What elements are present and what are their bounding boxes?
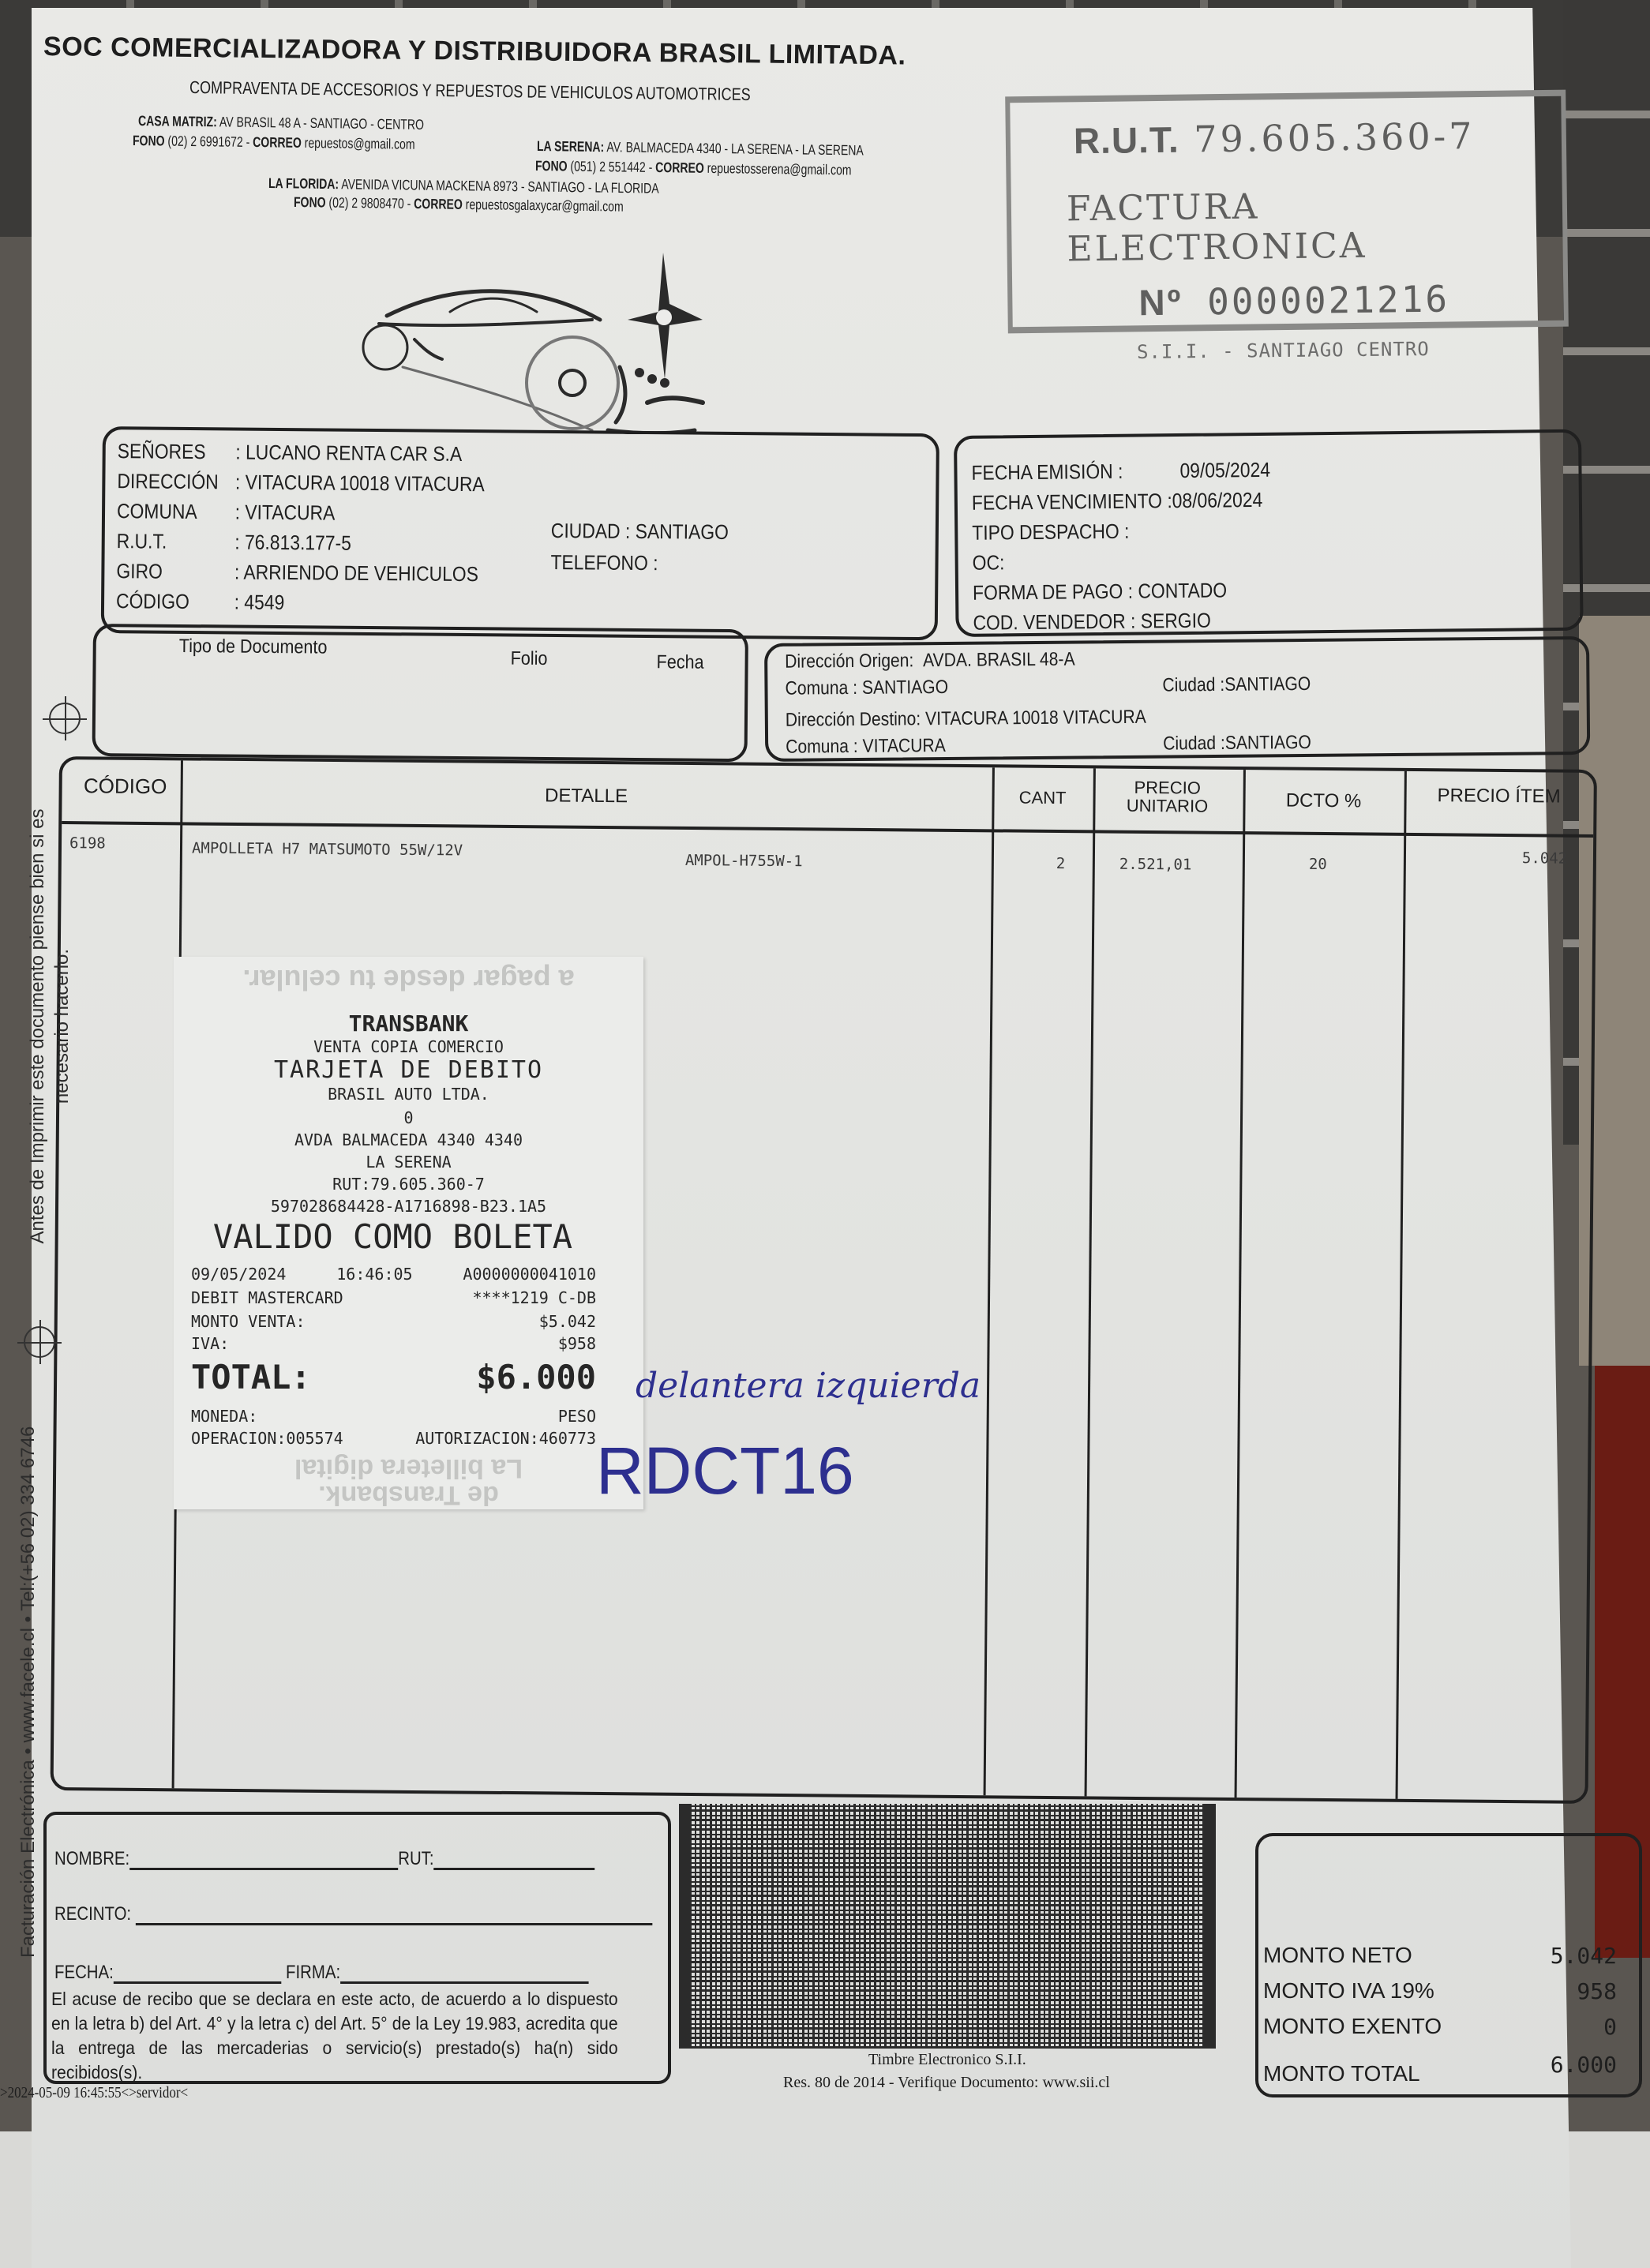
receipt-ghost-top: a pagar desde tu celular.: [174, 963, 643, 996]
acknowledgement-legal-text: El acuse de recibo que se declara en est…: [51, 1987, 618, 2085]
col-divider: [1235, 770, 1246, 1798]
destination-comuna-row: Comuna : VITACURA: [786, 735, 946, 759]
references-box: Tipo de Documento Folio Fecha: [92, 624, 748, 762]
nombre-blank: [129, 1853, 398, 1870]
item-code: 6198: [69, 834, 106, 852]
receipt-copy-type: VENTA COPIA COMERCIO: [174, 1037, 643, 1056]
col-header-dcto: DCTO %: [1243, 790, 1404, 812]
registration-mark-icon: [24, 1326, 55, 1358]
item-discount: 20: [1309, 856, 1327, 873]
grand-total-row: MONTO TOTAL6.000: [1263, 2061, 1617, 2086]
sii-barcode: [679, 1804, 1216, 2049]
ref-folio-header: Folio: [511, 648, 548, 670]
receipt-rut: RUT:79.605.360-7: [174, 1175, 643, 1194]
recinto-field: RECINTO:: [54, 1903, 652, 1925]
issue-date-row: FECHA EMISIÓN : 09/05/2024: [971, 458, 1270, 485]
seller-code-row: COD. VENDEDOR : SERGIO: [973, 609, 1211, 635]
customer-city-row: CIUDAD : SANTIAGO: [551, 519, 729, 545]
acknowledgement-box: NOMBRE:RUT: RECINTO: FECHA: FIRMA: El ac…: [43, 1812, 671, 2084]
receipt-currency-row: MONEDA: PESO: [191, 1407, 596, 1426]
receipt-merchant: BRASIL AUTO LTDA.: [174, 1085, 643, 1104]
customer-code-row: CÓDIGO : 4549: [116, 589, 284, 615]
customer-address-row: DIRECCIÓN : VITACURA 10018 VITACURA: [117, 469, 485, 497]
timbre-subtitle: Res. 80 de 2014 - Verifique Documento: w…: [783, 2074, 1110, 2092]
origin-city-row: Ciudad :SANTIAGO: [1162, 673, 1311, 697]
col-header-codigo: CÓDIGO: [70, 775, 181, 798]
receipt-city: LA SERENA: [174, 1153, 643, 1171]
rut-blank: [434, 1853, 595, 1870]
origin-comuna-row: Comuna : SANTIAGO: [785, 677, 948, 700]
origin-address-row: Dirección Origen: AVDA. BRASIL 48-A: [785, 649, 1075, 673]
customer-name-row: SEÑORES : LUCANO RENTA CAR S.A: [118, 439, 463, 467]
customer-comuna-row: COMUNA : VITACURA: [117, 499, 336, 525]
destination-address-row: Dirección Destino: VITACURA 10018 VITACU…: [786, 707, 1146, 732]
receipt-total-row: TOTAL: $6.000: [191, 1358, 596, 1396]
total-net-row: MONTO NETO5.042: [1263, 1943, 1617, 1969]
col-header-precio-item: PRECIO ÍTEM: [1404, 785, 1594, 807]
col-header-detalle: DETALLE: [180, 782, 992, 809]
transbank-receipt: a pagar desde tu celular. TRANSBANK VENT…: [174, 957, 643, 1509]
receipt-card-row: DEBIT MASTERCARD ****1219 C-DB: [191, 1288, 596, 1307]
barcode-start: [679, 1804, 690, 2049]
receipt-terminal-id: 597028684428-A1716898-B23.1A5: [174, 1197, 643, 1216]
customer-phone-row: TELEFONO :: [550, 550, 663, 575]
document-number: Nº 0000021216: [1138, 277, 1449, 324]
firma-blank: [340, 1966, 589, 1984]
invoice-meta-box: FECHA EMISIÓN : 09/05/2024 FECHA VENCIMI…: [954, 429, 1584, 637]
receipt-card-type: TARJETA DE DEBITO: [174, 1056, 643, 1084]
item-description: AMPOLLETA H7 MATSUMOTO 55W/12V: [192, 839, 463, 859]
col-divider: [1396, 771, 1407, 1799]
col-divider: [984, 767, 995, 1795]
handwritten-note: delantera izquierda: [636, 1366, 981, 1406]
handwritten-code: RDCT16: [596, 1433, 854, 1509]
dispatch-type-row: TIPO DESPACHO :: [972, 519, 1129, 545]
provider-info: Facturación Electrónica • www.facele.cl …: [17, 1426, 39, 1958]
customer-rut-row: R.U.T. : 76.813.177-5: [117, 529, 351, 556]
total-iva-row: MONTO IVA 19%958: [1263, 1978, 1617, 2004]
receipt-sale-row: MONTO VENTA: $5.042: [191, 1312, 596, 1331]
document-id-box: R.U.T. 79.605.360-7 FACTURA ELECTRONICA …: [1005, 90, 1569, 334]
item-unit-price: 2.521,01: [1119, 856, 1192, 874]
destination-city-row: Ciudad :SANTIAGO: [1163, 732, 1311, 755]
receipt-merchant-code: 0: [174, 1108, 643, 1127]
item-total-price: 5.042: [1522, 849, 1567, 867]
receipt-operation-row: OPERACION:005574 AUTORIZACION:460773: [191, 1429, 596, 1448]
recinto-blank: [136, 1908, 653, 1925]
issuer-rut: R.U.T. 79.605.360-7: [1074, 114, 1476, 162]
receipt-valid-as: VALIDO COMO BOLETA: [142, 1217, 643, 1256]
col-divider: [1085, 768, 1096, 1796]
ref-date-header: Fecha: [656, 651, 703, 674]
table-header-divider: [62, 821, 1593, 838]
customer-box: SEÑORES : LUCANO RENTA CAR S.A DIRECCIÓN…: [101, 426, 939, 640]
receipt-ghost-bottom-2: de Transbank.: [174, 1479, 643, 1510]
receipt-address: AVDA BALMACEDA 4340 4340: [174, 1130, 643, 1149]
ref-doc-type-header: Tipo de Documento: [179, 635, 328, 659]
totals-box: MONTO NETO5.042 MONTO IVA 19%958 MONTO E…: [1255, 1833, 1642, 2097]
receipt-iva-row: IVA: $958: [191, 1334, 596, 1353]
receipt-datetime-row: 09/05/2024 16:46:05 A0000000041010: [191, 1265, 596, 1284]
total-exempt-row: MONTO EXENTO0: [1263, 2014, 1617, 2040]
shipping-box: Dirección Origen: AVDA. BRASIL 48-A Comu…: [764, 636, 1590, 762]
sports-car-logo-icon: [355, 237, 718, 434]
barcode-stop: [1205, 1804, 1216, 2049]
server-timestamp: >2024-05-09 16:45:55<>servidor<: [0, 2084, 188, 2102]
col-header-precio-unitario: PRECIO UNITARIO: [1104, 778, 1230, 816]
customer-giro-row: GIRO : ARRIENDO DE VEHICULOS: [116, 559, 478, 587]
fecha-blank: [114, 1966, 282, 1984]
timbre-title: Timbre Electronico S.I.I.: [868, 2051, 1026, 2069]
receipt-brand: TRANSBANK: [174, 1010, 643, 1037]
col-header-cant: CANT: [992, 788, 1093, 807]
document-type: FACTURA ELECTRONICA: [1067, 183, 1563, 270]
fecha-firma-field: FECHA: FIRMA:: [54, 1962, 589, 1984]
print-advice-note: Antes de Imprimir este documento piense …: [25, 797, 74, 1255]
payment-method-row: FORMA DE PAGO : CONTADO: [973, 578, 1227, 605]
sii-office: S.I.I. - SANTIAGO CENTRO: [1137, 338, 1430, 363]
item-quantity: 2: [1056, 855, 1066, 872]
purchase-order-row: OC:: [973, 550, 1005, 575]
nombre-field: NOMBRE:RUT:: [54, 1848, 595, 1870]
due-date-row: FECHA VENCIMIENTO : 08/06/2024: [972, 488, 1263, 515]
item-sku: AMPOL-H755W-1: [685, 852, 803, 870]
registration-mark-icon: [49, 703, 81, 734]
